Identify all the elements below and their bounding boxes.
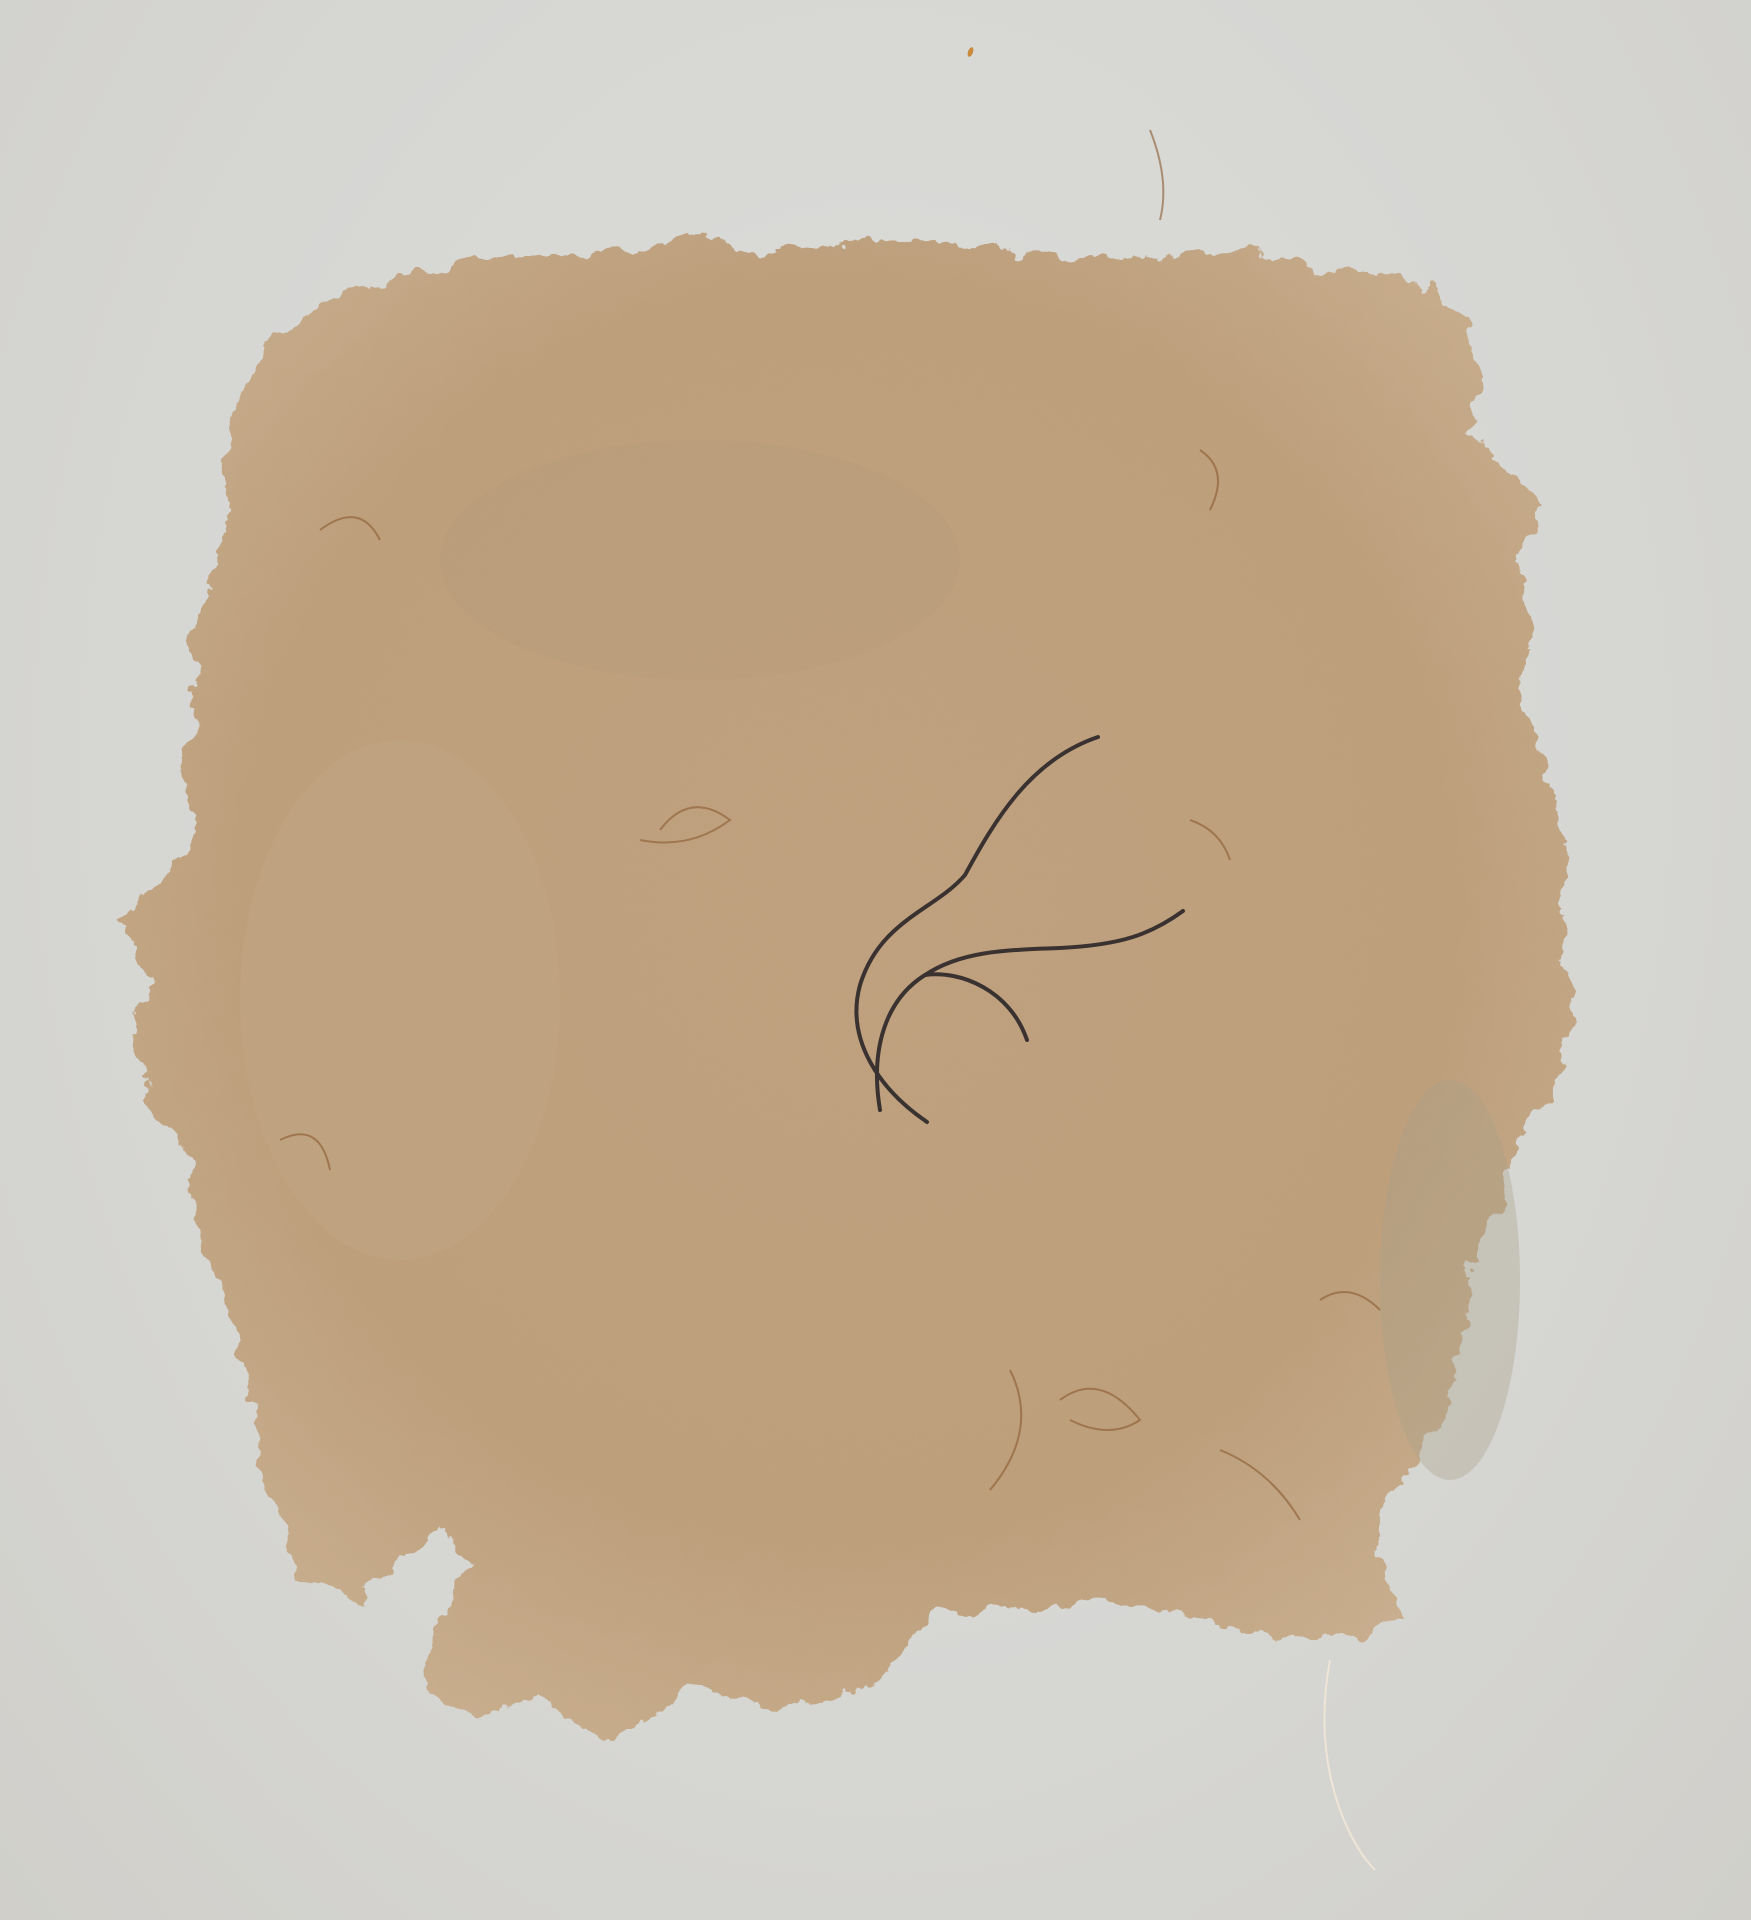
handmade-paper-artwork [0,0,1751,1920]
mount-board [0,0,1751,1920]
